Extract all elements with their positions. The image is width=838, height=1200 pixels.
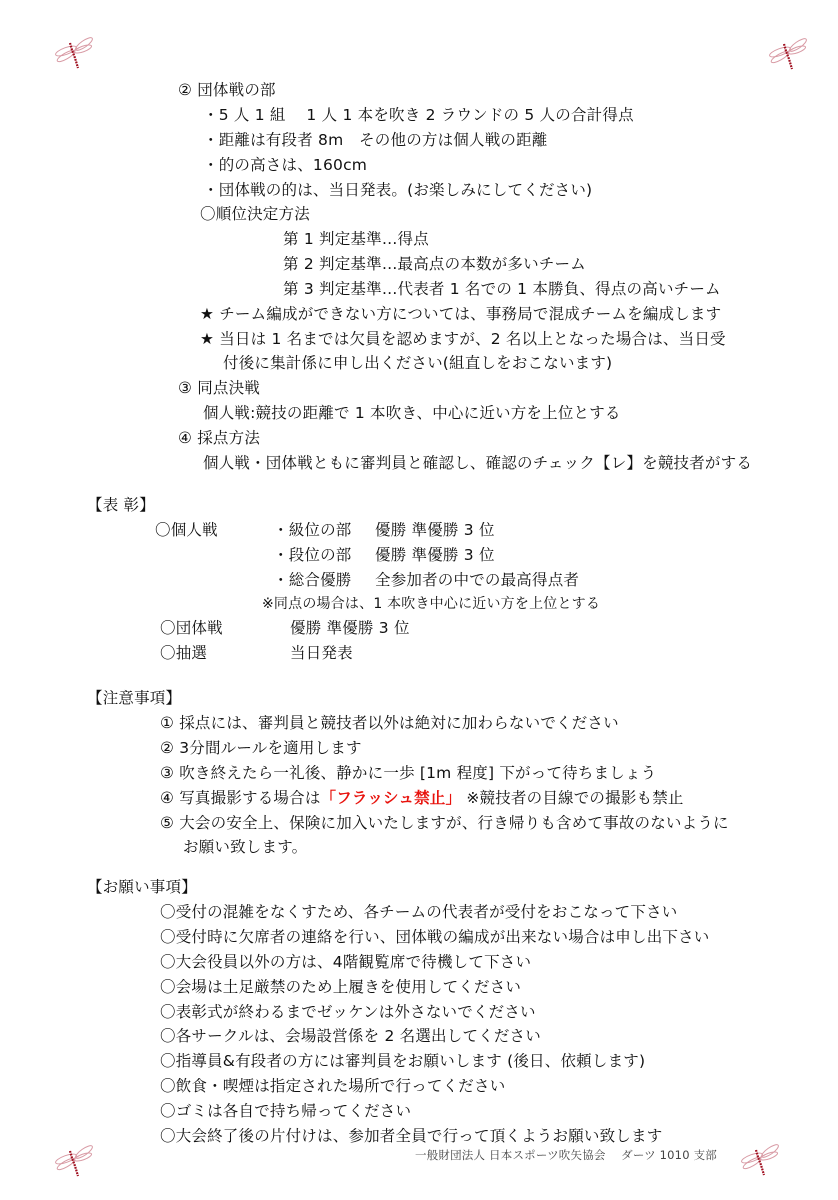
dragonfly-icon: [766, 33, 810, 73]
awards-lottery-label: 〇抽選: [160, 643, 207, 663]
request-item: 〇大会役員以外の方は、4階観覧席で待機して下さい: [160, 952, 531, 972]
awards-lottery-value: 当日発表: [290, 643, 353, 663]
caution-item-continuation: お願い致します。: [183, 837, 307, 857]
star-note: ★ チーム編成ができない方については、事務局で混成チームを編成します: [200, 304, 721, 324]
awards-prizes: 優勝 準優勝 3 位: [375, 520, 495, 540]
team-bullet: ・距離は有段者 8m その他の方は個人戦の距離: [203, 130, 548, 150]
request-item: 〇指導員&有段者の方には審判員をお願いします (後日、依頼します): [160, 1051, 645, 1071]
request-item: 〇各サークルは、会場設営係を 2 名選出してください: [160, 1026, 541, 1046]
awards-prizes: 優勝 準優勝 3 位: [375, 545, 495, 565]
caution-item: ⑤ 大会の安全上、保険に加入いたしますが、行き帰りも含めて事故のないように: [160, 813, 729, 833]
caution-item: ① 採点には、審判員と競技者以外は絶対に加わらないでください: [160, 713, 619, 733]
awards-category: ・総合優勝: [273, 570, 352, 590]
awards-team-label: 〇団体戦: [160, 618, 223, 638]
caution-item: ③ 吹き終えたら一礼後、静かに一歩 [1m 程度] 下がって待ちましょう: [160, 763, 656, 783]
awards-team-prizes: 優勝 準優勝 3 位: [290, 618, 410, 638]
awards-prizes: 全参加者の中での最高得点者: [375, 570, 579, 590]
section-heading-tiebreak: ③ 同点決戦: [178, 378, 260, 398]
request-item: 〇受付の混雑をなくすため、各チームの代表者が受付をおこなって下さい: [160, 902, 677, 922]
cautions-heading: 【注意事項】: [87, 688, 181, 708]
awards-tie-note: ※同点の場合は、1 本吹き中心に近い方を上位とする: [262, 594, 600, 614]
request-item: 〇会場は土足厳禁のため上履きを使用してください: [160, 977, 521, 997]
dragonfly-icon: [52, 32, 96, 72]
team-bullet: ・5 人 1 組 1 人 1 本を吹き 2 ラウンドの 5 人の合計得点: [203, 105, 634, 125]
star-note-continuation: 付後に集計係に申し出ください(組直しをおこないます): [223, 353, 612, 373]
awards-heading: 【表 彰】: [87, 495, 155, 515]
tiebreak-text: 個人戦:競技の距離で 1 本吹き、中心に近い方を上位とする: [203, 403, 621, 423]
team-bullet: ・的の高さは、160cm: [203, 155, 367, 175]
awards-category: ・段位の部: [273, 545, 352, 565]
ranking-criterion: 第 1 判定基準…得点: [283, 229, 429, 249]
dragonfly-icon: [738, 1139, 782, 1179]
caution-item4-suffix: ※競技者の目線での撮影も禁止: [461, 789, 683, 807]
footer-organization: 一般財団法人 日本スポーツ吹矢協会 ダーツ 1010 支部: [415, 1147, 717, 1163]
section-heading-scoring: ④ 採点方法: [178, 428, 260, 448]
section-heading-team: ② 団体戦の部: [178, 80, 276, 100]
dragonfly-icon: [52, 1140, 96, 1180]
awards-category: ・級位の部: [273, 520, 352, 540]
awards-individual-label: 〇個人戦: [155, 520, 218, 540]
scoring-text: 個人戦・団体戦ともに審判員と確認し、確認のチェック【レ】を競技者がする: [203, 453, 752, 473]
ranking-criterion: 第 3 判定基準…代表者 1 名での 1 本勝負、得点の高いチーム: [283, 279, 721, 299]
star-note: ★ 当日は 1 名までは欠員を認めますが、2 名以上となった場合は、当日受: [200, 329, 726, 349]
request-item: 〇受付時に欠席者の連絡を行い、団体戦の編成が出来ない場合は申し出下さい: [160, 927, 710, 947]
requests-heading: 【お願い事項】: [87, 877, 197, 897]
request-item: 〇表彰式が終わるまでゼッケンは外さないでください: [160, 1002, 536, 1022]
caution-item: ② 3分間ルールを適用します: [160, 738, 362, 758]
request-item: 〇ゴミは各自で持ち帰ってください: [160, 1101, 411, 1121]
team-bullet: ・団体戦の的は、当日発表。(お楽しみにしてください): [203, 180, 592, 200]
flash-prohibited-highlight: 「フラッシュ禁止」: [321, 789, 462, 807]
caution-item4-prefix: ④ 写真撮影する場合は: [160, 789, 321, 807]
caution-item: ④ 写真撮影する場合は「フラッシュ禁止」 ※競技者の目線での撮影も禁止: [160, 788, 684, 808]
ranking-criterion: 第 2 判定基準…最高点の本数が多いチーム: [283, 254, 586, 274]
ranking-heading: 〇順位決定方法: [200, 204, 310, 224]
request-item: 〇飲食・喫煙は指定された場所で行ってください: [160, 1076, 505, 1096]
request-item: 〇大会終了後の片付けは、参加者全員で行って頂くようお願い致します: [160, 1126, 662, 1146]
